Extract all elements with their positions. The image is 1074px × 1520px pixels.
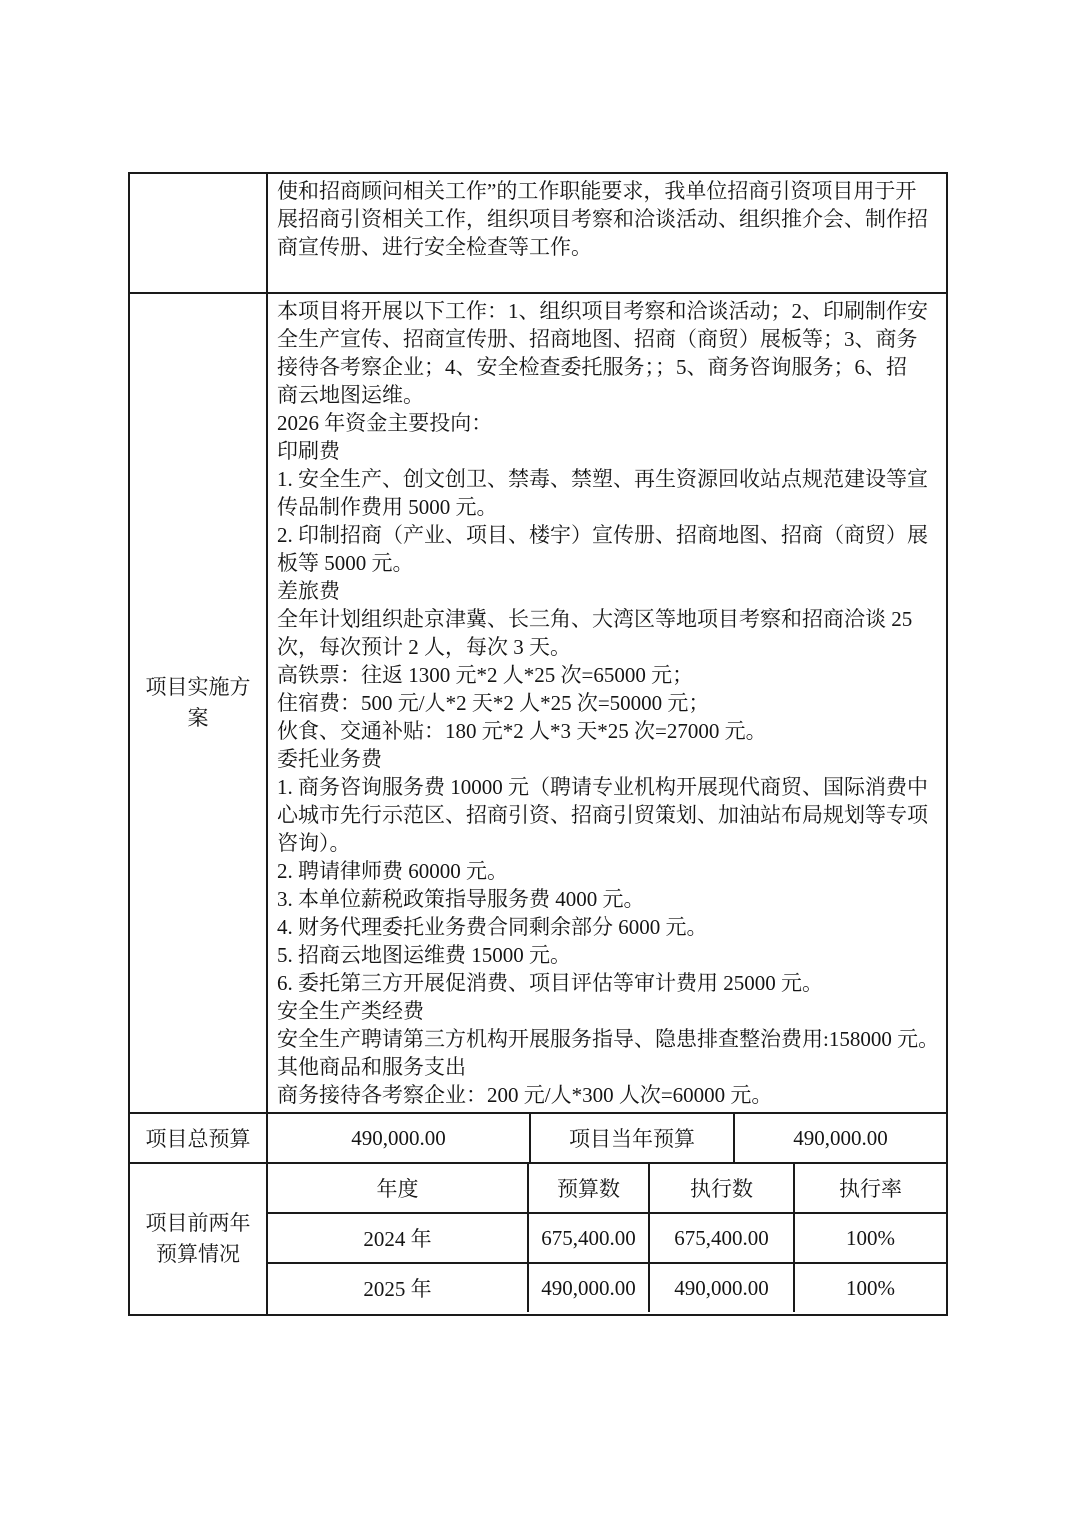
- text-line: 次，每次预计 2 人，每次 3 天。: [277, 633, 946, 661]
- text-line: 商务接待各考察企业：200 元/人*300 人次=60000 元。: [277, 1081, 946, 1109]
- text-line: 印刷费: [277, 437, 946, 465]
- header-executed: 执行数: [648, 1164, 793, 1212]
- text-line: 接待各考察企业；4、安全检查委托服务；；5、商务咨询服务；6、招: [277, 353, 946, 381]
- project-budget-table: 使和招商顾问相关工作”的工作职能要求，我单位招商引资项目用于开展招商引资相关工作…: [128, 172, 948, 1316]
- cell-year: 2024 年: [268, 1214, 527, 1262]
- history-row: 项目前两年预算情况 年度 预算数 执行数 执行率 2024 年 675,400.…: [130, 1162, 946, 1314]
- text-line: 全年计划组织赴京津冀、长三角、大湾区等地项目考察和招商洽谈 25: [277, 605, 946, 633]
- text-line: 2. 印制招商（产业、项目、楼宇）宣传册、招商地图、招商（商贸）展: [277, 521, 946, 549]
- text-line: 心城市先行示范区、招商引资、招商引贸策划、加油站布局规划等专项: [277, 801, 946, 829]
- text-line: 商宣传册、进行安全检查等工作。: [277, 233, 946, 261]
- text-line: 使和招商顾问相关工作”的工作职能要求，我单位招商引资项目用于开: [277, 177, 946, 205]
- history-label: 项目前两年预算情况: [130, 1208, 266, 1270]
- text-line: 2. 聘请律师费 60000 元。: [277, 857, 946, 885]
- cell-executed: 490,000.00: [648, 1264, 793, 1312]
- implementation-label: 项目实施方案: [130, 672, 266, 734]
- header-rate: 执行率: [793, 1164, 946, 1212]
- text-line: 全生产宣传、招商宣传册、招商地图、招商（商贸）展板等；3、商务: [277, 325, 946, 353]
- text-line: 高铁票：往返 1300 元*2 人*25 次=65000 元；: [277, 661, 946, 689]
- header-year: 年度: [268, 1164, 527, 1212]
- text-line: 商云地图运维。: [277, 381, 946, 409]
- text-line: 1. 安全生产、创文创卫、禁毒、禁塑、再生资源回收站点规范建设等宣: [277, 465, 946, 493]
- history-subtable: 年度 预算数 执行数 执行率 2024 年 675,400.00 675,400…: [266, 1164, 946, 1314]
- cell-executed: 675,400.00: [648, 1214, 793, 1262]
- cell-budget: 490,000.00: [527, 1264, 648, 1312]
- text-line: 5. 招商云地图运维费 15000 元。: [277, 941, 946, 969]
- total-budget-label: 项目总预算: [130, 1114, 266, 1162]
- implementation-label-cell: 项目实施方案: [130, 294, 266, 1112]
- text-line: 住宿费：500 元/人*2 天*2 人*25 次=50000 元；: [277, 689, 946, 717]
- text-line: 其他商品和服务支出: [277, 1053, 946, 1081]
- continuation-row: 使和招商顾问相关工作”的工作职能要求，我单位招商引资项目用于开展招商引资相关工作…: [130, 174, 946, 292]
- history-label-cell: 项目前两年预算情况: [130, 1164, 266, 1314]
- text-line: 委托业务费: [277, 745, 946, 773]
- history-data-row-2025: 2025 年 490,000.00 490,000.00 100%: [268, 1262, 946, 1312]
- empty-label-cell: [130, 174, 266, 292]
- total-budget-value: 490,000.00: [266, 1114, 529, 1162]
- continuation-text-cell: 使和招商顾问相关工作”的工作职能要求，我单位招商引资项目用于开展招商引资相关工作…: [266, 174, 946, 292]
- text-line: 板等 5000 元。: [277, 549, 946, 577]
- cell-year: 2025 年: [268, 1264, 527, 1312]
- text-line: 6. 委托第三方开展促消费、项目评估等审计费用 25000 元。: [277, 969, 946, 997]
- document-page: 使和招商顾问相关工作”的工作职能要求，我单位招商引资项目用于开展招商引资相关工作…: [0, 0, 1074, 1520]
- text-line: 安全生产类经费: [277, 997, 946, 1025]
- text-line: 伙食、交通补贴：180 元*2 人*3 天*25 次=27000 元。: [277, 717, 946, 745]
- text-line: 差旅费: [277, 577, 946, 605]
- history-header-row: 年度 预算数 执行数 执行率: [268, 1164, 946, 1212]
- text-line: 4. 财务代理委托业务费合同剩余部分 6000 元。: [277, 913, 946, 941]
- text-line: 安全生产聘请第三方机构开展服务指导、隐患排查整治费用:158000 元。: [277, 1025, 946, 1053]
- current-year-budget-value: 490,000.00: [733, 1114, 946, 1162]
- budget-summary-row: 项目总预算 490,000.00 项目当年预算 490,000.00: [130, 1112, 946, 1162]
- text-line: 展招商引资相关工作，组织项目考察和洽谈活动、组织推介会、制作招: [277, 205, 946, 233]
- cell-rate: 100%: [793, 1214, 946, 1262]
- text-line: 1. 商务咨询服务费 10000 元（聘请专业机构开展现代商贸、国际消费中: [277, 773, 946, 801]
- implementation-row: 项目实施方案 本项目将开展以下工作：1、组织项目考察和洽谈活动；2、印刷制作安全…: [130, 292, 946, 1112]
- text-line: 本项目将开展以下工作：1、组织项目考察和洽谈活动；2、印刷制作安: [277, 297, 946, 325]
- text-line: 咨询）。: [277, 829, 946, 857]
- implementation-text-cell: 本项目将开展以下工作：1、组织项目考察和洽谈活动；2、印刷制作安全生产宣传、招商…: [266, 294, 946, 1112]
- cell-budget: 675,400.00: [527, 1214, 648, 1262]
- text-line: 2026 年资金主要投向：: [277, 409, 946, 437]
- header-budget: 预算数: [527, 1164, 648, 1212]
- text-line: 3. 本单位薪税政策指导服务费 4000 元。: [277, 885, 946, 913]
- history-data-row-2024: 2024 年 675,400.00 675,400.00 100%: [268, 1212, 946, 1262]
- cell-rate: 100%: [793, 1264, 946, 1312]
- text-line: 传品制作费用 5000 元。: [277, 493, 946, 521]
- current-year-budget-label: 项目当年预算: [529, 1114, 733, 1162]
